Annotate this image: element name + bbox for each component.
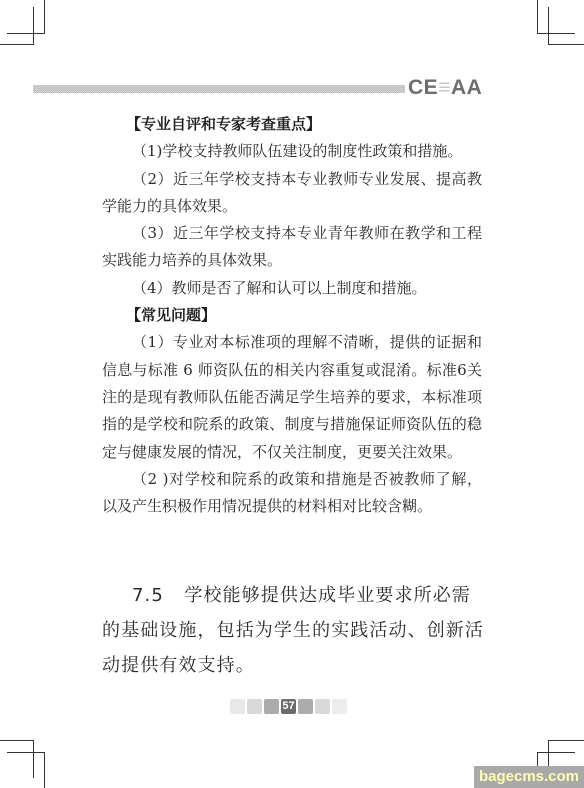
pager-tile <box>332 699 347 714</box>
crop-mark <box>33 7 34 45</box>
issue-item: （1）专业对本标准项的理解不清晰，提供的证据和信息与标准 6 师资队伍的相关内容… <box>102 329 482 465</box>
heading-review-focus: 【专业自评和专家考查重点】 <box>102 111 482 138</box>
section-heading: 7.5 学校能够提供达成毕业要求所必需的基础设施，包括为学生的实践活动、创新活动… <box>102 578 484 683</box>
crop-mark <box>537 33 575 34</box>
pager-tile <box>264 699 279 714</box>
logo-text-mid: ≡ <box>438 77 451 99</box>
logo-text-left: CE <box>408 77 438 99</box>
pager-tile <box>298 699 313 714</box>
heading-common-issues: 【常见问题】 <box>102 302 482 329</box>
section-number: 7.5 <box>132 585 164 606</box>
crop-mark <box>548 44 584 45</box>
page-number: 57 <box>281 699 296 714</box>
ceeaa-logo: CE≡AA <box>408 77 482 99</box>
crop-mark <box>548 740 584 741</box>
pager-tile <box>230 699 245 714</box>
review-item: （2）近三年学校支持本专业教师专业发展、提高教学能力的具体效果。 <box>102 166 482 221</box>
review-item: （1)学校支持教师队伍建设的制度性政策和措施。 <box>102 138 482 165</box>
watermark: bagecms.com <box>474 766 584 788</box>
review-item: （3）近三年学校支持本专业青年教师在教学和工程实践能力培养的具体效果。 <box>102 220 482 275</box>
pager-tile <box>315 699 330 714</box>
crop-mark <box>7 33 45 34</box>
crop-mark <box>7 752 45 753</box>
crop-mark <box>0 44 34 45</box>
crop-mark <box>44 752 45 788</box>
pager-tile <box>247 699 262 714</box>
page-body: 【专业自评和专家考查重点】 （1)学校支持教师队伍建设的制度性政策和措施。 （2… <box>102 111 482 520</box>
crop-mark <box>548 7 549 45</box>
review-item: （4）教师是否了解和认可以上制度和措施。 <box>102 275 482 302</box>
crop-mark <box>537 752 575 753</box>
logo-text-right: AA <box>451 77 482 99</box>
issue-item: （2 )对学校和院系的政策和措施是否被教师了解，以及产生积极作用情况提供的材料相… <box>102 466 482 521</box>
crop-mark <box>0 740 34 741</box>
crop-mark <box>33 740 34 778</box>
header-rule <box>33 85 405 93</box>
crop-mark <box>44 0 45 34</box>
crop-mark <box>537 0 538 34</box>
page-indicator: 57 <box>230 699 347 714</box>
